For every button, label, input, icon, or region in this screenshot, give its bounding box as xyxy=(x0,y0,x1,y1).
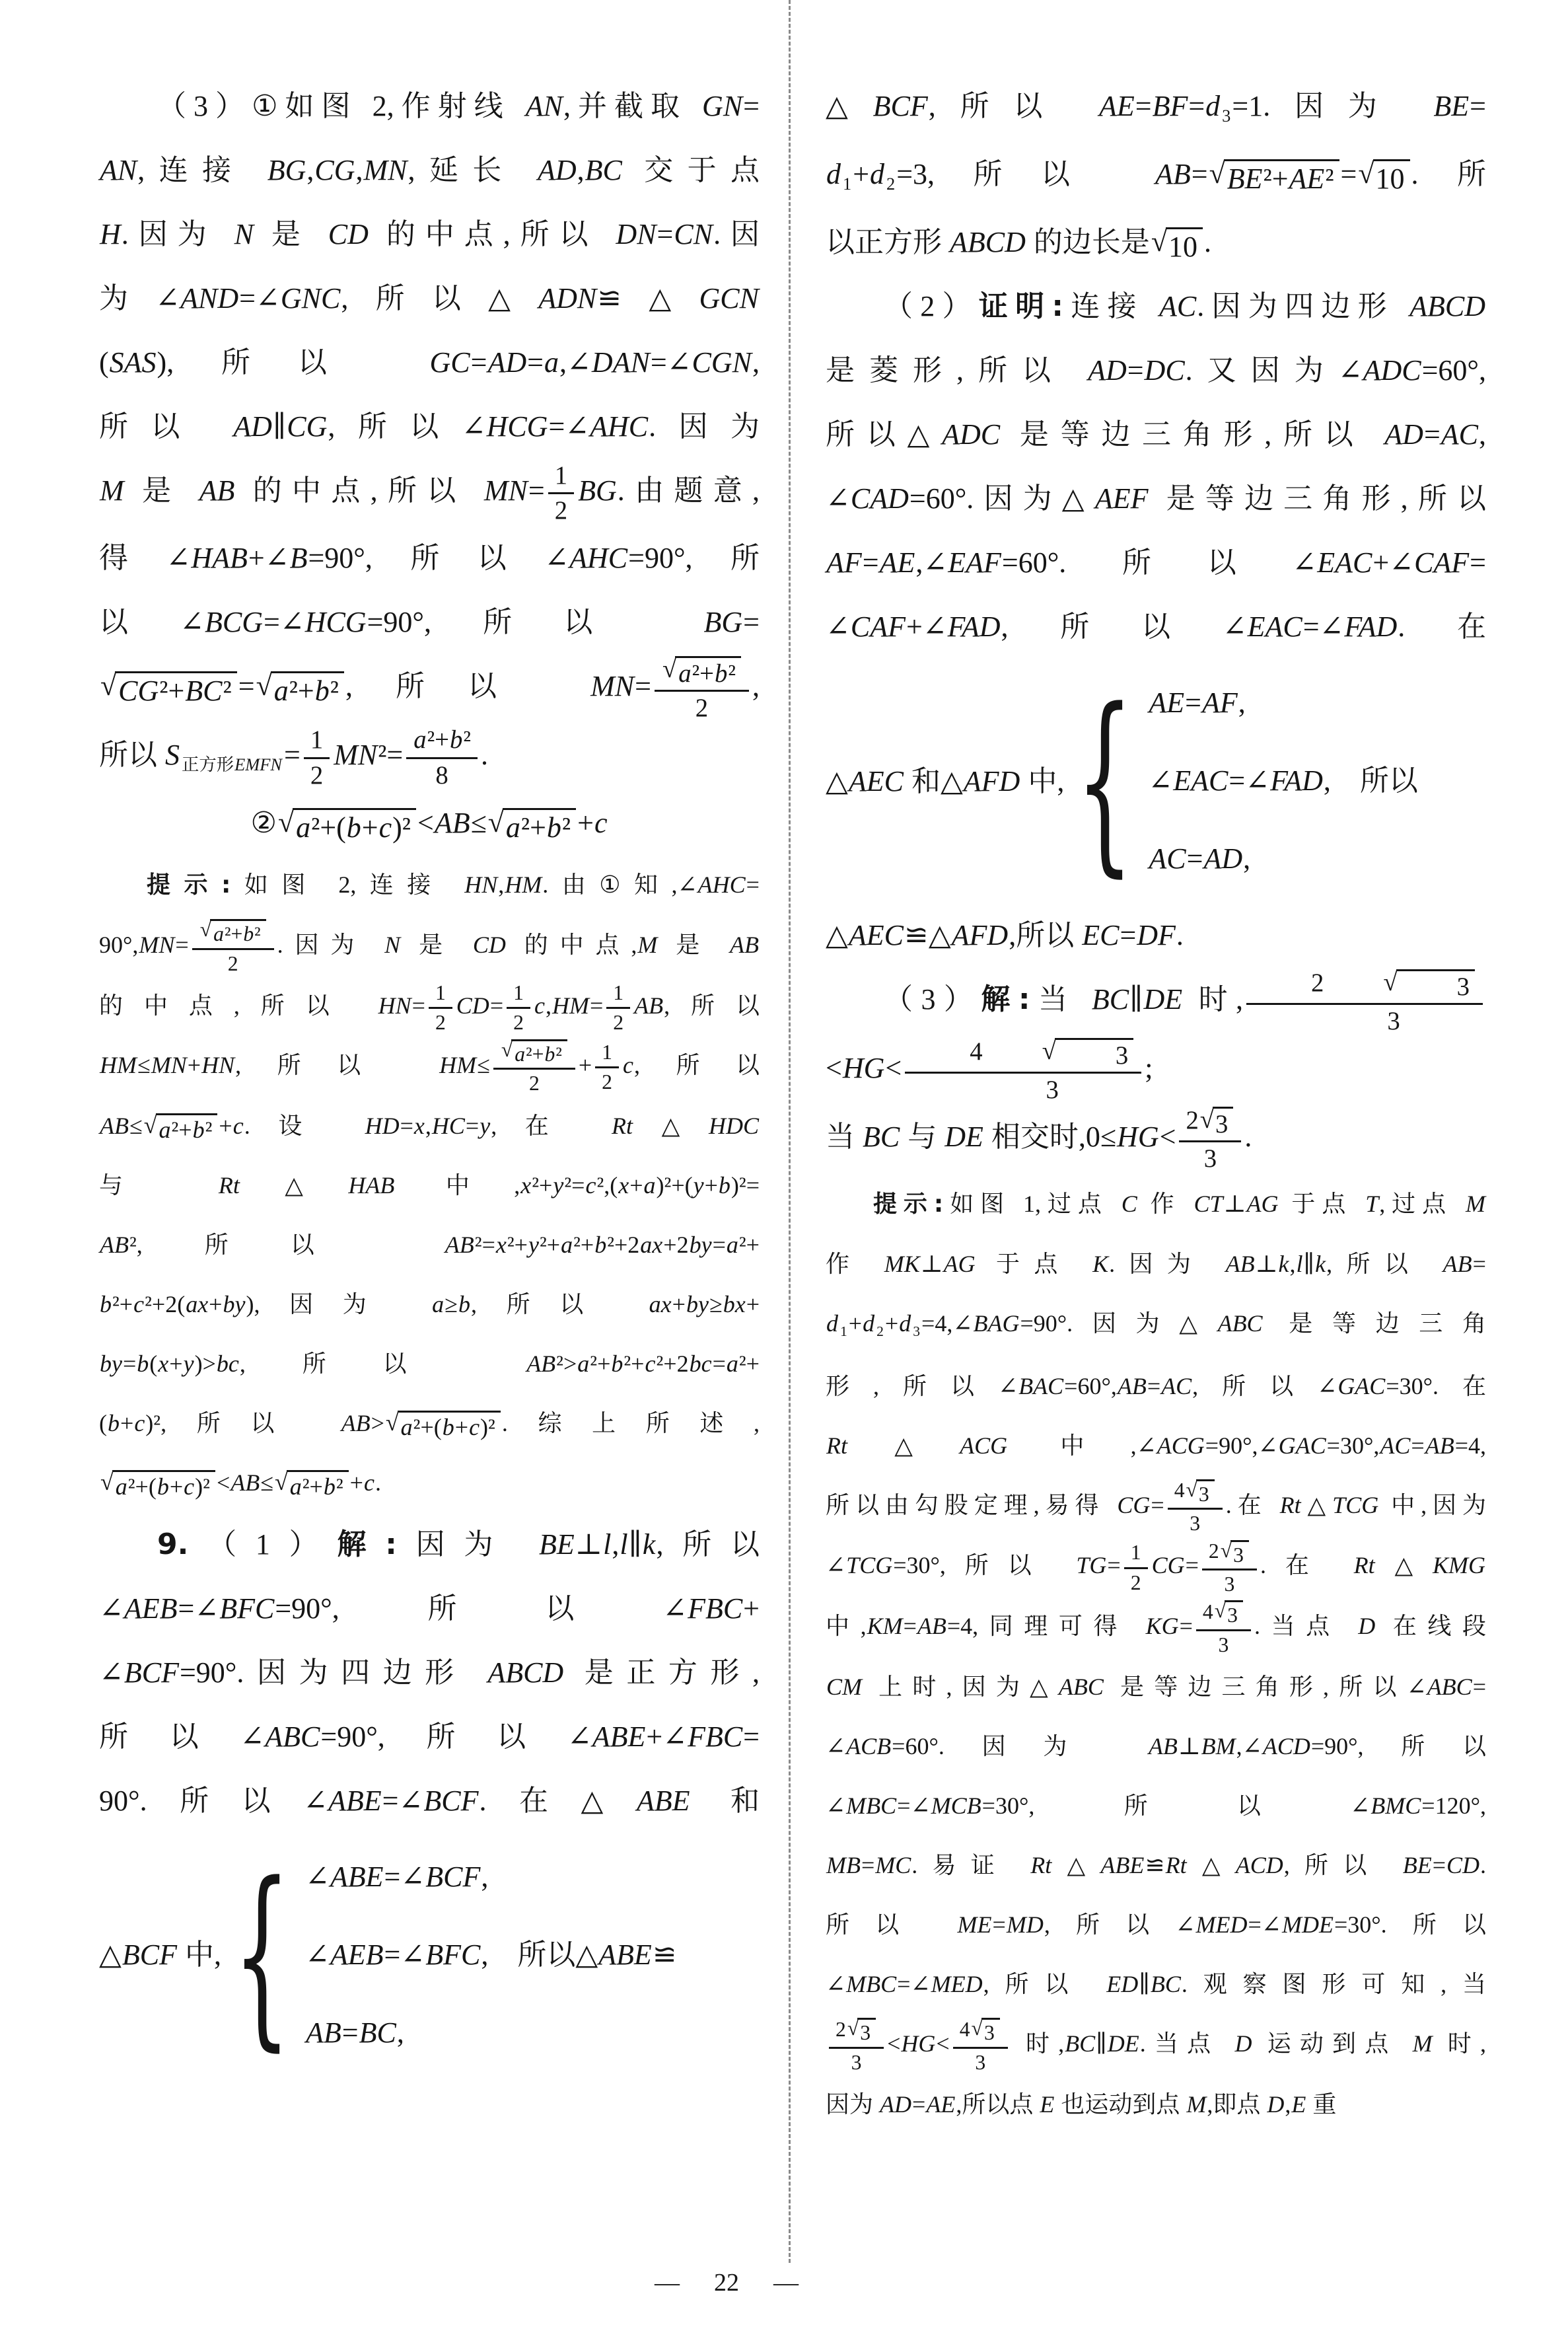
text-line: √a²+(b+c)²<AB≤√a²+b²+c. xyxy=(99,1453,760,1512)
system-row: AE=AF, xyxy=(1148,664,1418,742)
text-line: M 是 AB 的中点,所以 MN=12BG.由题意, xyxy=(99,459,760,526)
text-line: 9.（1）解:因为 BE⊥l,l∥k,所以 xyxy=(99,1512,760,1576)
system-row: AC=AD, xyxy=(1148,820,1418,898)
text-line: ∠TCG=30°,所以 TG=12CG=2√33.在 Rt△KMG xyxy=(826,1535,1486,1596)
text-line: AB²,所以 AB²=x²+y²+a²+b²+2ax+2by=a²+ xyxy=(99,1215,760,1274)
text-line: MB=MC.易证 Rt△ABE≌Rt△ACD,所以 BE=CD. xyxy=(826,1835,1486,1895)
page-footer: — 22 — xyxy=(655,2268,799,2297)
text-line: CM 上时,因为△ABC 是等边三角形,所以∠ABC= xyxy=(826,1657,1486,1716)
left-brace-icon: { xyxy=(233,1857,291,2052)
text-line: 90°.所以∠ABE=∠BCF.在△ABE 和 xyxy=(99,1769,760,1833)
text-line: 当 BC 与 DE 相交时,0≤HG<2√33. xyxy=(826,1105,1486,1173)
text-line: b²+c²+2(ax+by),因为 a≥b,所以 ax+by≥bx+ xyxy=(99,1274,760,1334)
textbook-answer-page: { "page": { "number": "22", "dash": "—" … xyxy=(0,0,1568,2325)
text-line: HM≤MN+HN,所以 HM≤√a²+b²2+12c,所以 xyxy=(99,1035,760,1096)
text-line: ②√a²+(b+c)²<AB≤√a²+b²+c xyxy=(99,791,760,855)
text-line: 以正方形 ABCD 的边长是√10. xyxy=(826,210,1486,274)
text-line: d1+d2=3,所以 AB=√BE²+AE²=√10.所 xyxy=(826,142,1486,210)
text-line: Rt△ACG 中,∠ACG=90°,∠GAC=30°,AC=AB=4, xyxy=(826,1416,1486,1475)
system-label: △BCF 中, xyxy=(99,1923,221,1987)
text-line: ∠CAD=60°.因为△AEF 是等边三角形,所以 xyxy=(826,466,1486,531)
system-row: ∠EAC=∠FAD,所以 xyxy=(1148,742,1418,820)
text-line: AN,连接 BG,CG,MN,延长 AD,BC 交于点 xyxy=(99,138,760,202)
system-after-text: 所以 xyxy=(1360,764,1418,797)
text-line: △AEC≌△AFD,所以 EC=DF. xyxy=(826,903,1486,967)
equation-system: △BCF 中,{∠ABE=∠BCF,∠AEB=∠BFC,所以△ABE≌AB=BC… xyxy=(99,1838,760,2072)
footer-dash-left-icon: — xyxy=(655,2268,680,2297)
text-line: 作 MK⊥AG 于点 K.因为 AB⊥k,l∥k,所以 AB= xyxy=(826,1234,1486,1294)
system-row: ∠ABE=∠BCF, xyxy=(305,1838,677,1916)
footer-dash-right-icon: — xyxy=(773,2268,799,2297)
text-line: d1+d2+d3=4,∠BAG=90°.因为△ABC 是等边三角 xyxy=(826,1294,1486,1356)
text-line: △BCF,所以 AE=BF=d3=1.因为 BE= xyxy=(826,74,1486,142)
system-after-text: 所以△ABE≌ xyxy=(517,1938,676,1971)
system-row: ∠AEB=∠BFC,所以△ABE≌ xyxy=(305,1916,677,1994)
text-line: 所以 ME=MD,所以∠MED=∠MDE=30°.所以 xyxy=(826,1895,1486,1954)
text-line: AF=AE,∠EAF=60°.所以∠EAC+∠CAF= xyxy=(826,531,1486,595)
text-line: 所以△ADC 是等边三角形,所以 AD=AC, xyxy=(826,402,1486,466)
equation-system: △AEC 和△AFD 中,{AE=AF,∠EAC=∠FAD,所以AC=AD, xyxy=(826,664,1486,898)
text-line: 中,KM=AB=4,同理可得 KG=4√33.当点 D 在线段 xyxy=(826,1596,1486,1657)
text-line: 的中点,所以 HN=12CD=12c,HM=12AB,所以 xyxy=(99,976,760,1035)
text-line: 为∠AND=∠GNC,所以△ADN≌△GCN xyxy=(99,266,760,330)
text-line: （3）①如图 2,作射线 AN,并截取 GN= xyxy=(99,74,760,138)
text-line: ∠MBC=∠MED,所以 ED∥BC.观察图形可知,当 xyxy=(826,1954,1486,2014)
text-line: 与 Rt△HAB 中,x²+y²=c²,(x+a)²+(y+b)²= xyxy=(99,1156,760,1215)
text-line: 所以 AD∥CG,所以∠HCG=∠AHC.因为 xyxy=(99,394,760,459)
text-line: 2√33<HG<4√33 时,BC∥DE.当点 D 运动到点 M 时, xyxy=(826,2014,1486,2075)
text-line: H.因为 N 是 CD 的中点,所以 DN=CN.因 xyxy=(99,202,760,266)
text-line: 形,所以∠BAC=60°,AB=AC,所以∠GAC=30°.在 xyxy=(826,1356,1486,1416)
text-line: AB≤√a²+b²+c.设 HD=x,HC=y,在 Rt△HDC xyxy=(99,1096,760,1156)
text-line: 所以∠ABC=90°,所以∠ABE+∠FBC= xyxy=(99,1705,760,1769)
system-row: AB=BC, xyxy=(305,1994,677,2072)
text-line: (b+c)²,所以 AB>√a²+(b+c)².综上所述, xyxy=(99,1393,760,1453)
left-column: （3）①如图 2,作射线 AN,并截取 GN=AN,连接 BG,CG,MN,延长… xyxy=(99,74,760,2077)
text-line: 90°,MN=√a²+b²2.因为 N 是 CD 的中点,M 是 AB xyxy=(99,915,760,976)
text-line: ∠CAF+∠FAD,所以∠EAC=∠FAD.在 xyxy=(826,595,1486,659)
right-column: △BCF,所以 AE=BF=d3=1.因为 BE=d1+d2=3,所以 AB=√… xyxy=(826,74,1486,2134)
text-line: 提示:如图 1,过点 C 作 CT⊥AG 于点 T,过点 M xyxy=(826,1174,1486,1234)
text-line: ∠MBC=∠MCB=30°,所以∠BMC=120°, xyxy=(826,1776,1486,1835)
text-line: ∠ACB=60°.因为 AB⊥BM,∠ACD=90°,所以 xyxy=(826,1716,1486,1776)
text-line: （3）解:当 BC∥DE 时,2√33<HG<4√33; xyxy=(826,967,1486,1105)
text-line: 得∠HAB+∠B=90°,所以∠AHC=90°,所 xyxy=(99,526,760,590)
text-line: by=b(x+y)>bc,所以 AB²>a²+b²+c²+2bc=a²+ xyxy=(99,1334,760,1393)
text-line: ∠AEB=∠BFC=90°,所以∠FBC+ xyxy=(99,1576,760,1641)
left-brace-icon: { xyxy=(1076,684,1133,879)
text-line: 提示:如图 2,连接 HN,HM.由①知,∠AHC= xyxy=(99,855,760,915)
text-line: 所以 S正方形EMFN=12MN²=a²+b²8. xyxy=(99,723,760,791)
text-line: （2）证明:连接 AC.因为四边形 ABCD xyxy=(826,274,1486,338)
system-label: △AEC 和△AFD 中, xyxy=(826,749,1064,813)
text-line: 是菱形,所以 AD=DC.又因为∠ADC=60°, xyxy=(826,338,1486,402)
page-number: 22 xyxy=(714,2268,739,2297)
text-line: ∠BCF=90°.因为四边形 ABCD 是正方形, xyxy=(99,1641,760,1705)
text-line: 所以由勾股定理,易得 CG=4√33.在 Rt△TCG 中,因为 xyxy=(826,1475,1486,1536)
text-line: (SAS),所以 GC=AD=a,∠DAN=∠CGN, xyxy=(99,330,760,394)
column-divider xyxy=(789,0,791,2263)
text-line: 因为 AD=AE,所以点 E 也运动到点 M,即点 D,E 重 xyxy=(826,2075,1486,2134)
text-line: 以∠BCG=∠HCG=90°,所以 BG= xyxy=(99,590,760,654)
text-line: √CG²+BC²=√a²+b²,所以 MN=√a²+b²2, xyxy=(99,654,760,723)
